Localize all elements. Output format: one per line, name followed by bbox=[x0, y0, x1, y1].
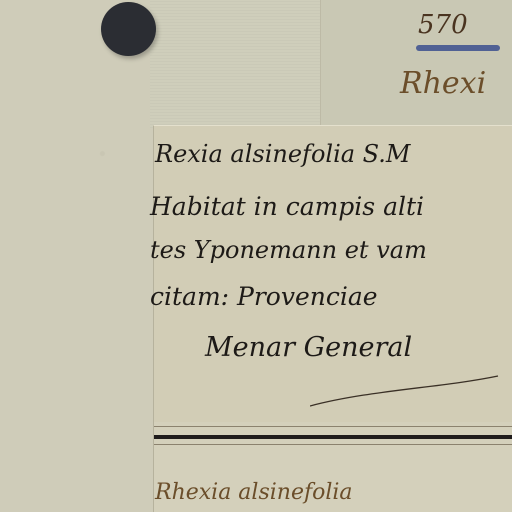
catalog-number: 570 bbox=[418, 10, 468, 40]
signature-line: Menar General bbox=[205, 332, 412, 363]
habitat-line: Habitat in campis alti bbox=[150, 192, 424, 221]
label-rule-thick bbox=[154, 435, 512, 439]
lower-species-name: Rhexia alsinefolia bbox=[155, 480, 353, 505]
label-rule-bottom bbox=[154, 444, 512, 445]
label-rule-top bbox=[154, 426, 512, 427]
locality-line: citam: Provenciae bbox=[150, 282, 378, 311]
catalog-label bbox=[320, 0, 512, 128]
signature-flourish-icon bbox=[310, 370, 500, 410]
top-paper-slip bbox=[150, 0, 322, 128]
mounting-pin-icon bbox=[101, 2, 156, 56]
species-name-line: Rexia alsinefolia S.M bbox=[155, 140, 410, 168]
collectors-line: tes Yponemann et vam bbox=[150, 236, 427, 264]
catalog-genus: Rhexi bbox=[400, 66, 486, 101]
blue-underline-mark bbox=[416, 45, 500, 51]
